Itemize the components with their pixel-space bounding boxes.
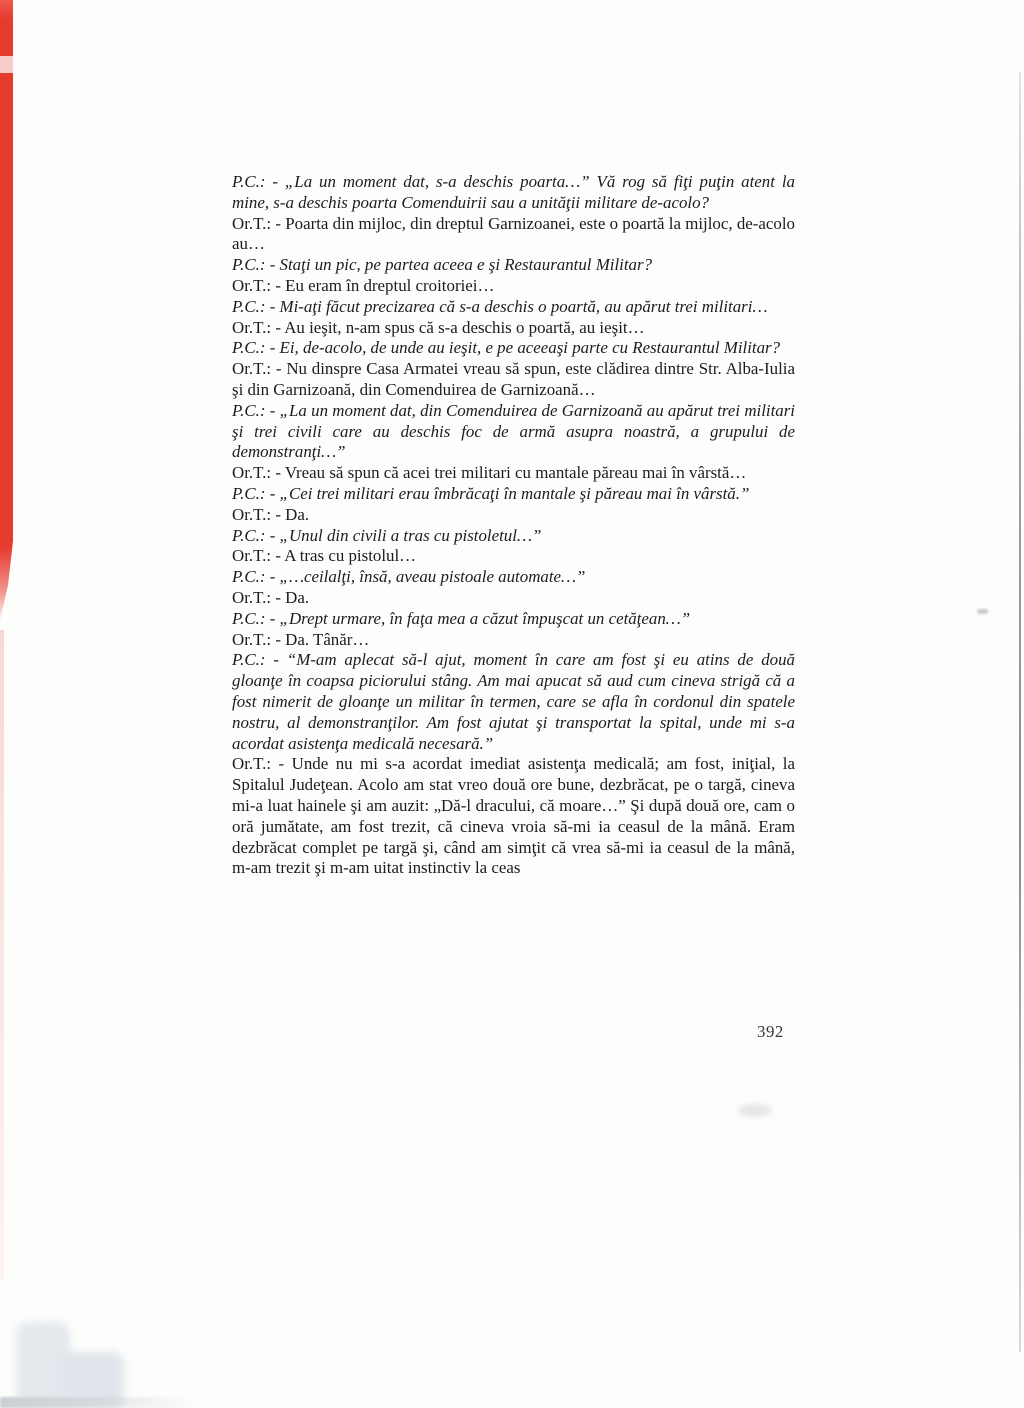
- dialogue-turn: Or.T.: - Nu dinspre Casa Armatei vreau s…: [232, 359, 795, 401]
- dialogue-turn: P.C.: - „Drept urmare, în faţa mea a căz…: [232, 609, 795, 630]
- scan-right-edge-line: [1019, 72, 1021, 1352]
- page-number: 392: [757, 1022, 784, 1042]
- dialogue-turn: P.C.: - „La un moment dat, s-a deschis p…: [232, 172, 795, 214]
- dialogue-turn: Or.T.: - Da.: [232, 505, 795, 526]
- dialogue-turn: P.C.: - „Cei trei militari erau îmbrăcaţ…: [232, 484, 795, 505]
- dialogue-turn: P.C.: - Staţi un pic, pe partea aceea e …: [232, 255, 795, 276]
- dialogue-turn: P.C.: - Mi-aţi făcut precizarea că s-a d…: [232, 297, 795, 318]
- dialogue-turn: Or.T.: - Da. Tânăr…: [232, 630, 795, 651]
- dialogue-turn: P.C.: - „…ceilalţi, însă, aveau pistoale…: [232, 567, 795, 588]
- dialogue-turn: P.C.: - “M-am aplecat să-l ajut, moment …: [232, 650, 795, 754]
- dialogue-turn: Or.T.: - Eu eram în dreptul croitoriei…: [232, 276, 795, 297]
- dialogue-turn: Or.T.: - Au ieşit, n-am spus că s-a desc…: [232, 318, 795, 339]
- dialogue-turn: Or.T.: - A tras cu pistolul…: [232, 546, 795, 567]
- dialogue-transcript: P.C.: - „La un moment dat, s-a deschis p…: [232, 172, 795, 879]
- dialogue-turn: Or.T.: - Poarta din mijloc, din dreptul …: [232, 214, 795, 256]
- scan-margin-smudge: [977, 609, 988, 614]
- scan-edge-red-tail: [0, 630, 4, 1280]
- scanned-book-page: { "page": { "number": "392", "accent_col…: [0, 0, 1024, 1408]
- dialogue-turn: Or.T.: - Da.: [232, 588, 795, 609]
- dialogue-turn: P.C.: - Ei, de-acolo, de unde au ieşit, …: [232, 338, 795, 359]
- scan-edge-red-stripe: [0, 0, 13, 622]
- scan-smudge-center: [738, 1104, 772, 1117]
- dialogue-turn: Or.T.: - Vreau să spun că acei trei mili…: [232, 463, 795, 484]
- scan-edge-stripe-gap: [0, 56, 13, 73]
- dialogue-turn: Or.T.: - Unde nu mi s-a acordat imediat …: [232, 754, 795, 879]
- scan-smudge-bottom-band: [0, 1397, 192, 1408]
- dialogue-turn: P.C.: - „Unul din civili a tras cu pisto…: [232, 526, 795, 547]
- dialogue-turn: P.C.: - „La un moment dat, din Comenduir…: [232, 401, 795, 463]
